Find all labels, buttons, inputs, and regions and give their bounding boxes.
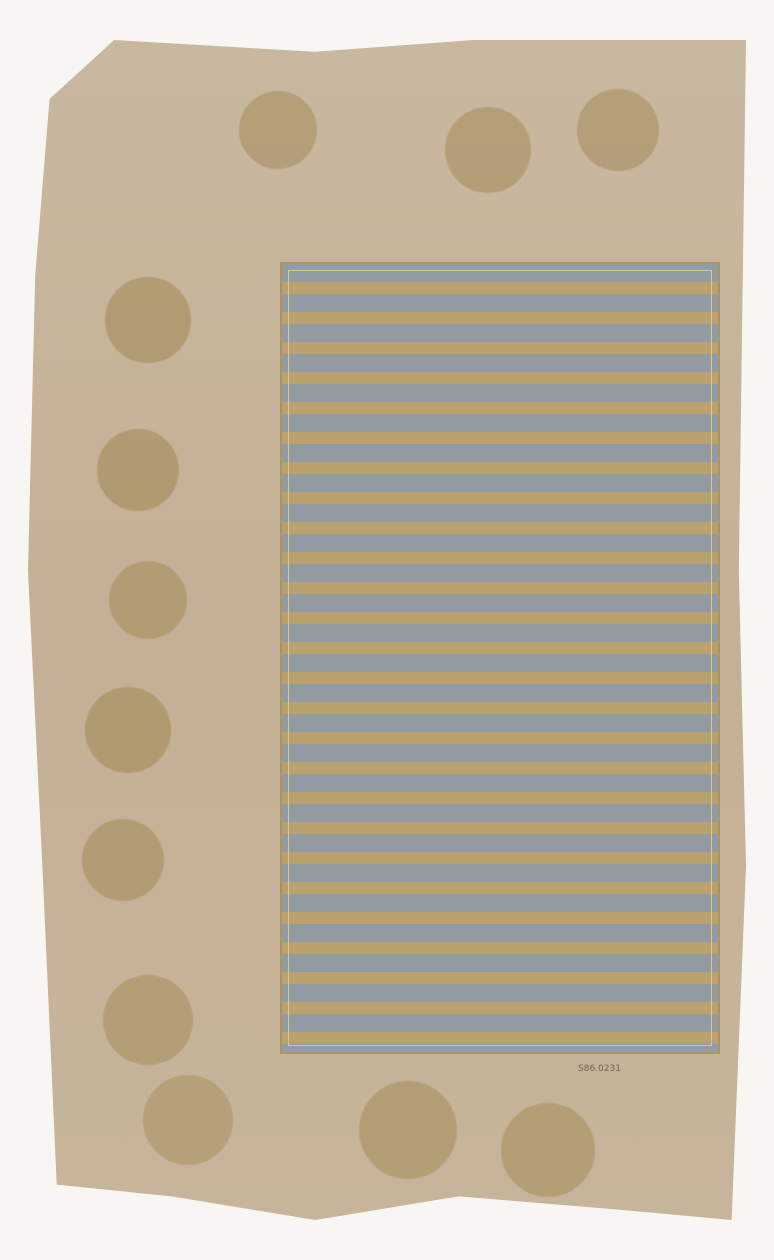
panel-inner-rule	[288, 270, 712, 1046]
calligraphy-text-panel	[280, 262, 720, 1054]
accession-number: S86.0231	[578, 1064, 621, 1074]
